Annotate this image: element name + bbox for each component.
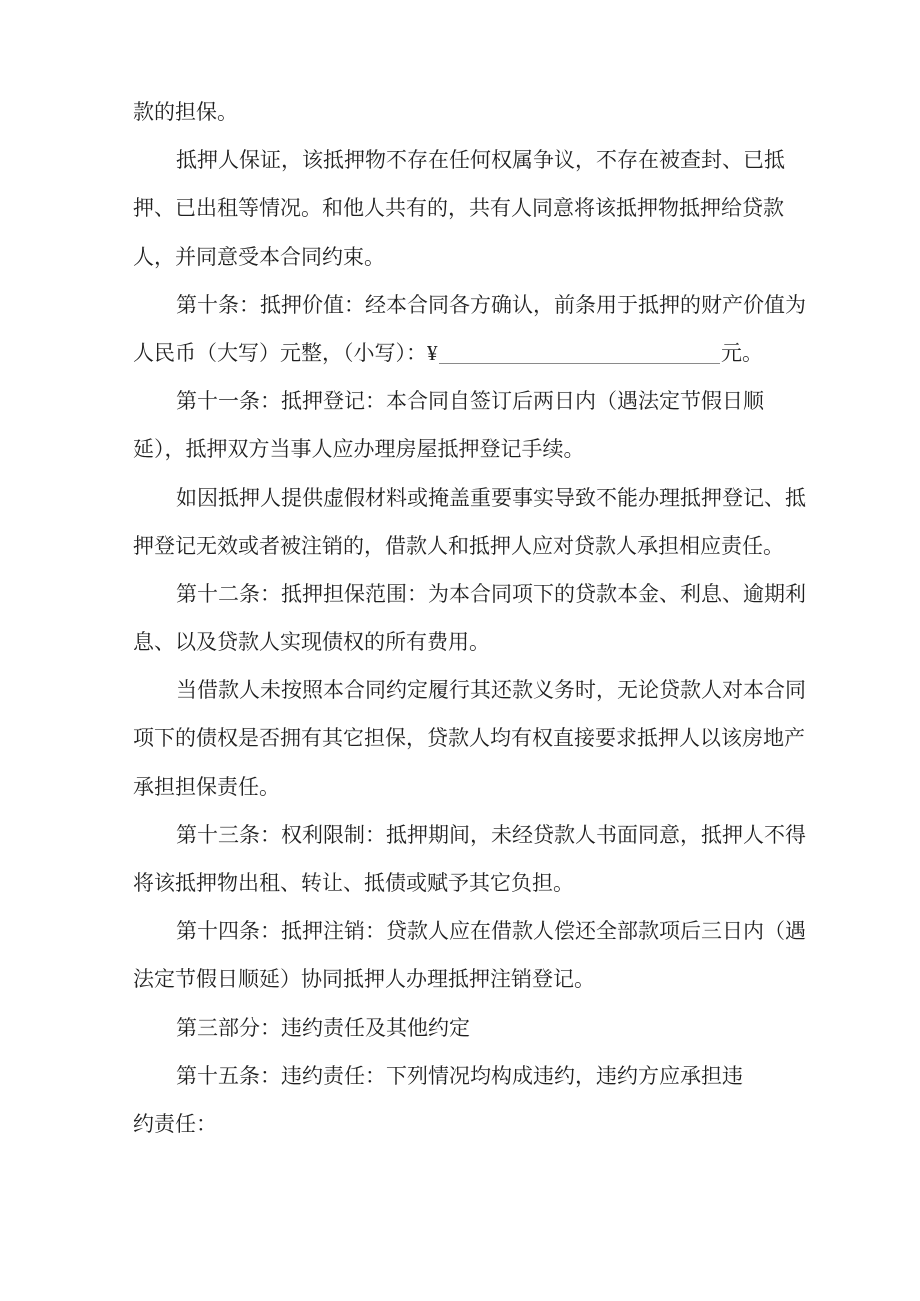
contract-line: 第十二条：抵押担保范围：为本合同项下的贷款本金、利息、逾期利 [133,570,780,618]
amount-prefix: 人民币（大写）元整，（小写）：¥ [133,329,438,377]
contract-line: 押登记无效或者被注销的，借款人和抵押人应对贷款人承担相应责任。 [133,522,780,570]
contract-line: 款的担保。 [133,88,780,136]
contract-line: 抵押人保证，该抵押物不存在任何权属争议，不存在被查封、已抵 [133,136,780,184]
amount-suffix: 元。 [721,329,763,377]
contract-line: 第十五条：违约责任：下列情况均构成违约，违约方应承担违 [133,1052,780,1100]
contract-line: 约责任： [133,1100,780,1148]
contract-line: 息、以及贷款人实现债权的所有费用。 [133,618,780,666]
contract-line: 当借款人未按照本合同约定履行其还款义务时，无论贷款人对本合同 [133,666,780,714]
contract-line: 将该抵押物出租、转让、抵债或赋予其它负担。 [133,859,780,907]
contract-line: 第十一条：抵押登记：本合同自签订后两日内（遇法定节假日顺 [133,377,780,425]
contract-line: 押、已出租等情况。和他人共有的，共有人同意将该抵押物抵押给贷款 [133,184,780,232]
contract-line: 项下的债权是否拥有其它担保，贷款人均有权直接要求抵押人以该房地产 [133,714,780,762]
contract-line-amount: 人民币（大写）元整，（小写）：¥ 元。 [133,329,763,377]
contract-line: 法定节假日顺延）协同抵押人办理抵押注销登记。 [133,955,780,1003]
contract-line: 第十条：抵押价值：经本合同各方确认，前条用于抵押的财产价值为 [133,281,780,329]
contract-line: 人，并同意受本合同约束。 [133,233,780,281]
contract-line: 延），抵押双方当事人应办理房屋抵押登记手续。 [133,425,780,473]
contract-line: 第十三条：权利限制：抵押期间，未经贷款人书面同意，抵押人不得 [133,811,780,859]
contract-line: 如因抵押人提供虚假材料或掩盖重要事实导致不能办理抵押登记、抵 [133,474,780,522]
contract-page: 款的担保。 抵押人保证，该抵押物不存在任何权属争议，不存在被查封、已抵 押、已出… [0,0,920,1301]
amount-blank-field [439,329,721,364]
contract-line: 承担担保责任。 [133,763,780,811]
contract-line: 第十四条：抵押注销：贷款人应在借款人偿还全部款项后三日内（遇 [133,907,780,955]
contract-line: 第三部分：违约责任及其他约定 [133,1004,780,1052]
